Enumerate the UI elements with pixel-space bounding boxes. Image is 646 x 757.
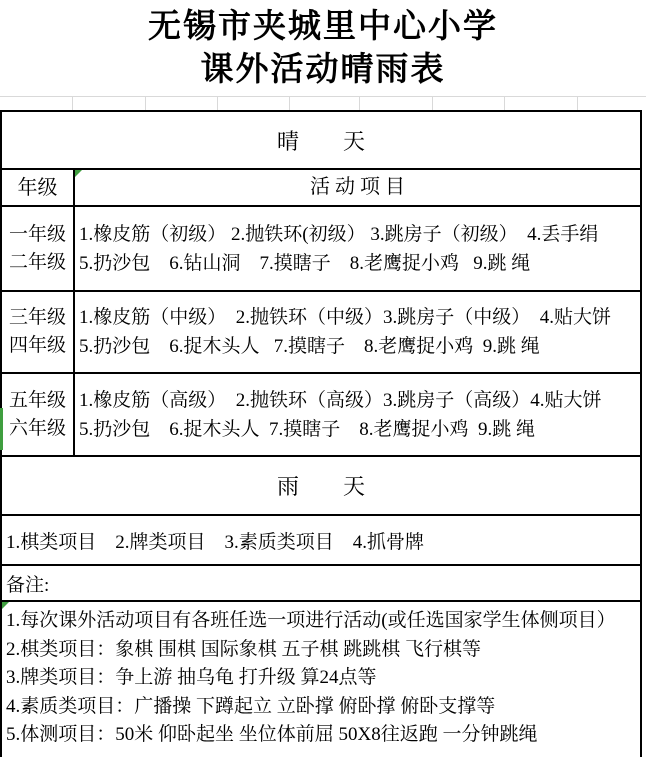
grade-label: 五年级 bbox=[9, 387, 66, 415]
title-line-2: 课外活动晴雨表 bbox=[0, 49, 646, 92]
gridline bbox=[289, 97, 290, 110]
gridline bbox=[72, 97, 73, 110]
activity-list: 1.橡皮筋（高级） 2.抛铁环（高级）3.跳房子（高级）4.贴大饼 5.扔沙包 … bbox=[75, 374, 640, 455]
activity-list: 1.橡皮筋（初级） 2.抛铁环(初级） 3.跳房子（初级） 4.丢手绢 5.扔沙… bbox=[75, 207, 640, 290]
notes-block: 1.每次课外活动项目有各班任选一项进行活动(或任选国家学生体侧项目） 2.棋类项… bbox=[2, 602, 640, 757]
grade-label: 一年级 bbox=[9, 221, 66, 249]
gridline-strip bbox=[0, 96, 646, 110]
activity-line: 1.橡皮筋（初级） 2.抛铁环(初级） 3.跳房子（初级） 4.丢手绢 bbox=[79, 220, 640, 249]
grade-labels: 五年级 六年级 bbox=[2, 374, 75, 455]
gridline bbox=[432, 97, 433, 110]
table-row-grades-1-2: 一年级 二年级 1.橡皮筋（初级） 2.抛铁环(初级） 3.跳房子（初级） 4.… bbox=[2, 207, 640, 292]
activities-header-label: 活 动 项 目 bbox=[310, 173, 405, 202]
grade-label: 六年级 bbox=[9, 415, 66, 443]
activity-line: 5.扔沙包 6.捉木头人 7.摸瞎子 8.老鹰捉小鸡 9.跳 绳 bbox=[79, 332, 640, 361]
activity-line: 5.扔沙包 6.钻山洞 7.摸瞎子 8.老鹰捉小鸡 9.跳 绳 bbox=[79, 249, 640, 278]
sunny-banner: 晴 天 bbox=[2, 112, 640, 170]
rainy-items-row: 1.棋类项目 2.牌类项目 3.素质类项目 4.抓骨牌 bbox=[2, 516, 640, 566]
gridline bbox=[217, 97, 218, 110]
note-line: 5.体测项目：50米 仰卧起坐 坐位体前屈 50X8往返跑 一分钟跳绳 bbox=[6, 721, 636, 750]
grade-label: 四年级 bbox=[9, 332, 66, 360]
activity-line: 1.橡皮筋（高级） 2.抛铁环（高级）3.跳房子（高级）4.贴大饼 bbox=[79, 386, 640, 415]
gridline bbox=[145, 97, 146, 110]
header-row: 年级 活 动 项 目 bbox=[2, 170, 640, 207]
table-row-grades-5-6: 五年级 六年级 1.橡皮筋（高级） 2.抛铁环（高级）3.跳房子（高级）4.贴大… bbox=[2, 374, 640, 457]
remark-label-row: 备注: bbox=[2, 566, 640, 602]
green-bar-marker-icon bbox=[0, 408, 3, 450]
document-title: 无锡市夹城里中心小学 课外活动晴雨表 bbox=[0, 0, 646, 96]
activities-header-cell: 活 动 项 目 bbox=[75, 170, 640, 205]
activity-list: 1.橡皮筋（中级） 2.抛铁环（中级）3.跳房子（中级） 4.贴大饼 5.扔沙包… bbox=[75, 292, 640, 372]
activity-line: 5.扔沙包 6.捉木头人 7.摸瞎子 8.老鹰捉小鸡 9.跳 绳 bbox=[79, 415, 640, 444]
grade-label: 三年级 bbox=[9, 304, 66, 332]
grade-labels: 三年级 四年级 bbox=[2, 292, 75, 372]
grade-label: 二年级 bbox=[9, 249, 66, 277]
gridline bbox=[577, 97, 578, 110]
activity-line: 1.橡皮筋（中级） 2.抛铁环（中级）3.跳房子（中级） 4.贴大饼 bbox=[79, 303, 640, 332]
grade-header-cell: 年级 bbox=[2, 170, 75, 205]
rainy-banner: 雨 天 bbox=[2, 457, 640, 516]
activity-table: 晴 天 年级 活 动 项 目 一年级 二年级 1.橡皮筋（初级） 2.抛铁环(初… bbox=[0, 110, 642, 757]
grade-labels: 一年级 二年级 bbox=[2, 207, 75, 290]
green-triangle-icon bbox=[75, 170, 82, 177]
note-line: 2.棋类项目：象棋 围棋 国际象棋 五子棋 跳跳棋 飞行棋等 bbox=[6, 636, 636, 665]
spreadsheet-page: 无锡市夹城里中心小学 课外活动晴雨表 晴 天 年级 活 动 项 目 一年级 bbox=[0, 0, 646, 757]
gridline bbox=[504, 97, 505, 110]
note-line: 1.每次课外活动项目有各班任选一项进行活动(或任选国家学生体侧项目） bbox=[6, 607, 636, 636]
table-row-grades-3-4: 三年级 四年级 1.橡皮筋（中级） 2.抛铁环（中级）3.跳房子（中级） 4.贴… bbox=[2, 292, 640, 374]
gridline bbox=[359, 97, 360, 110]
note-line: 3.牌类项目：争上游 抽乌龟 打升级 算24点等 bbox=[6, 664, 636, 693]
note-line: 4.素质类项目：广播操 下蹲起立 立卧撑 俯卧撑 俯卧支撑等 bbox=[6, 693, 636, 722]
title-line-1: 无锡市夹城里中心小学 bbox=[0, 6, 646, 49]
